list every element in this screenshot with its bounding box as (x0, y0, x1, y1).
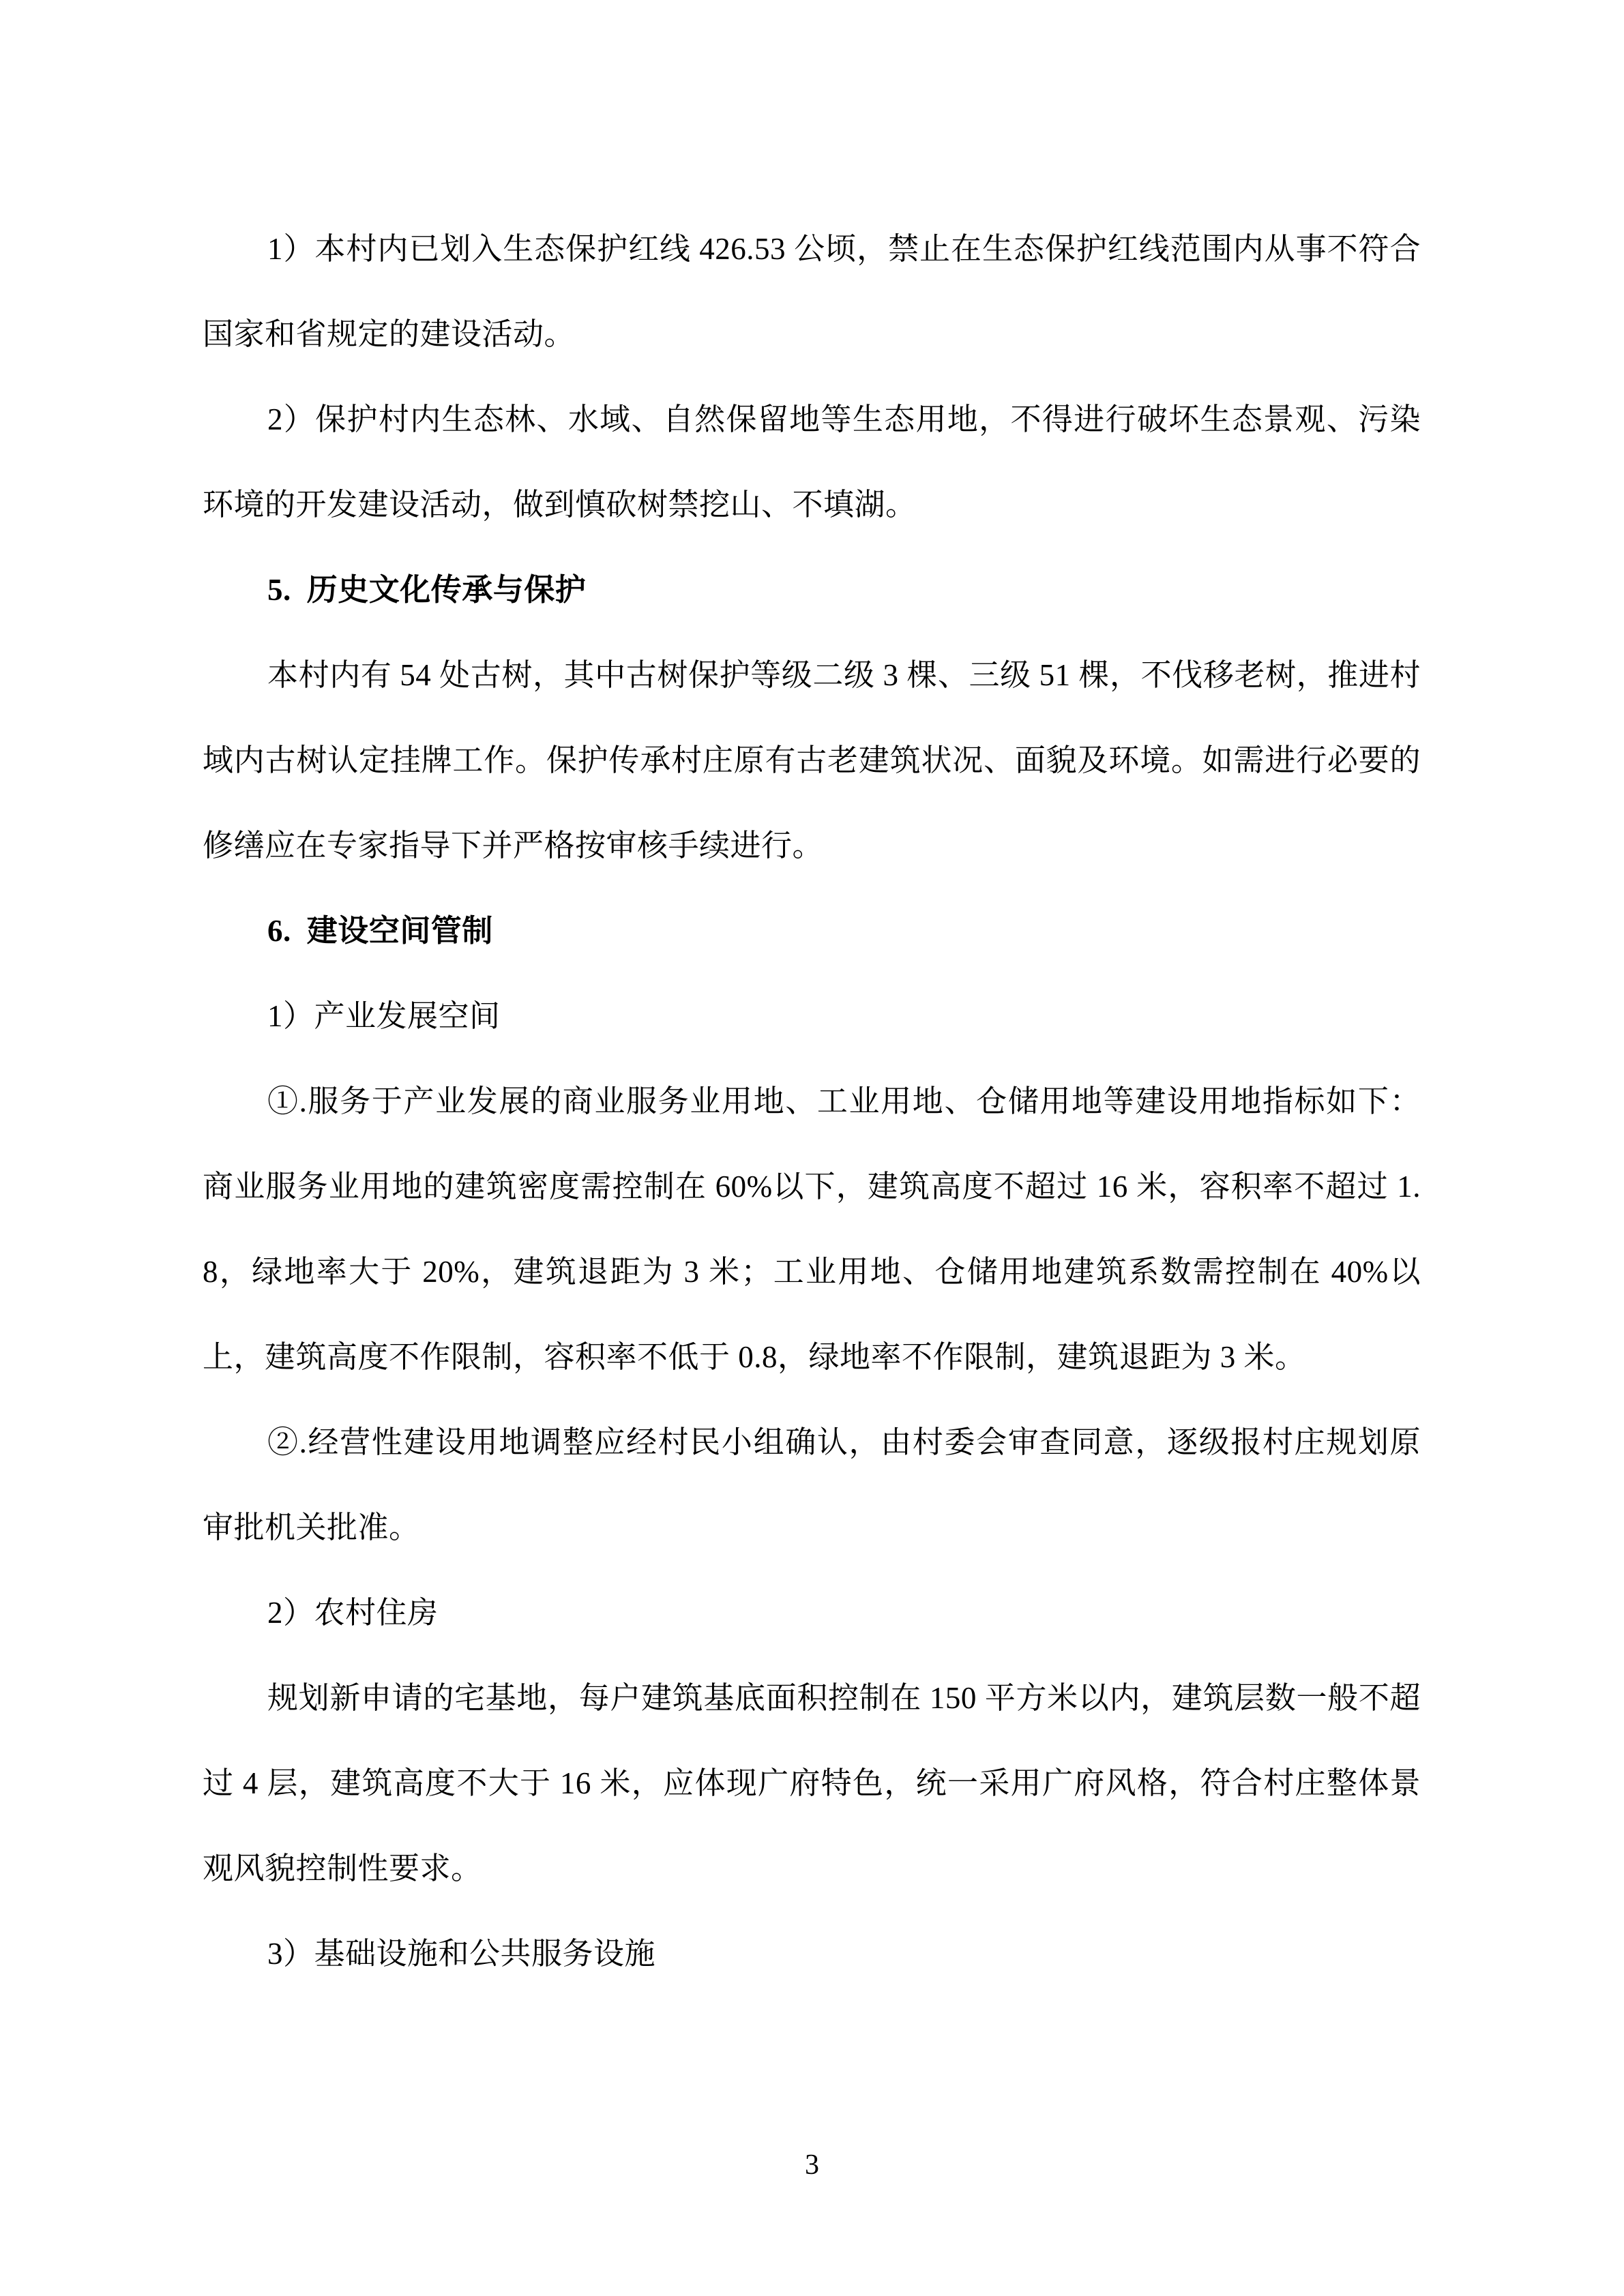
heading-history-culture-preservation: 5. 历史文化传承与保护 (203, 548, 1421, 633)
para-housing-standards: 规划新申请的宅基地，每户建筑基底面积控制在 150 平方米以内，建筑层数一般不超… (203, 1656, 1421, 1911)
para-commercial-land-adjustment: ②.经营性建设用地调整应经村民小组确认，由村委会审查同意，逐级报村庄规划原审批机… (203, 1400, 1421, 1570)
para-industry-development-space-title: 1）产业发展空间 (203, 974, 1421, 1059)
para-ancient-trees: 本村内有 54 处古树，其中古树保护等级二级 3 棵、三级 51 棵，不伐移老树… (203, 633, 1421, 889)
para-industry-land-indicators: ①.服务于产业发展的商业服务业用地、工业用地、仓储用地等建设用地指标如下：商业服… (203, 1059, 1421, 1400)
para-infrastructure-public-services-title: 3）基础设施和公共服务设施 (203, 1911, 1421, 1997)
para-eco-redline: 1）本村内已划入生态保护红线 426.53 公顷，禁止在生态保护红线范围内从事不… (203, 207, 1421, 377)
page-number: 3 (0, 2148, 1624, 2182)
para-eco-land-protection: 2）保护村内生态林、水域、自然保留地等生态用地，不得进行破坏生态景观、污染环境的… (203, 377, 1421, 548)
document-page: 1）本村内已划入生态保护红线 426.53 公顷，禁止在生态保护红线范围内从事不… (0, 0, 1624, 2296)
para-rural-housing-title: 2）农村住房 (203, 1570, 1421, 1656)
heading-construction-space-control: 6. 建设空间管制 (203, 889, 1421, 974)
document-body: 1）本村内已划入生态保护红线 426.53 公顷，禁止在生态保护红线范围内从事不… (203, 207, 1421, 1997)
